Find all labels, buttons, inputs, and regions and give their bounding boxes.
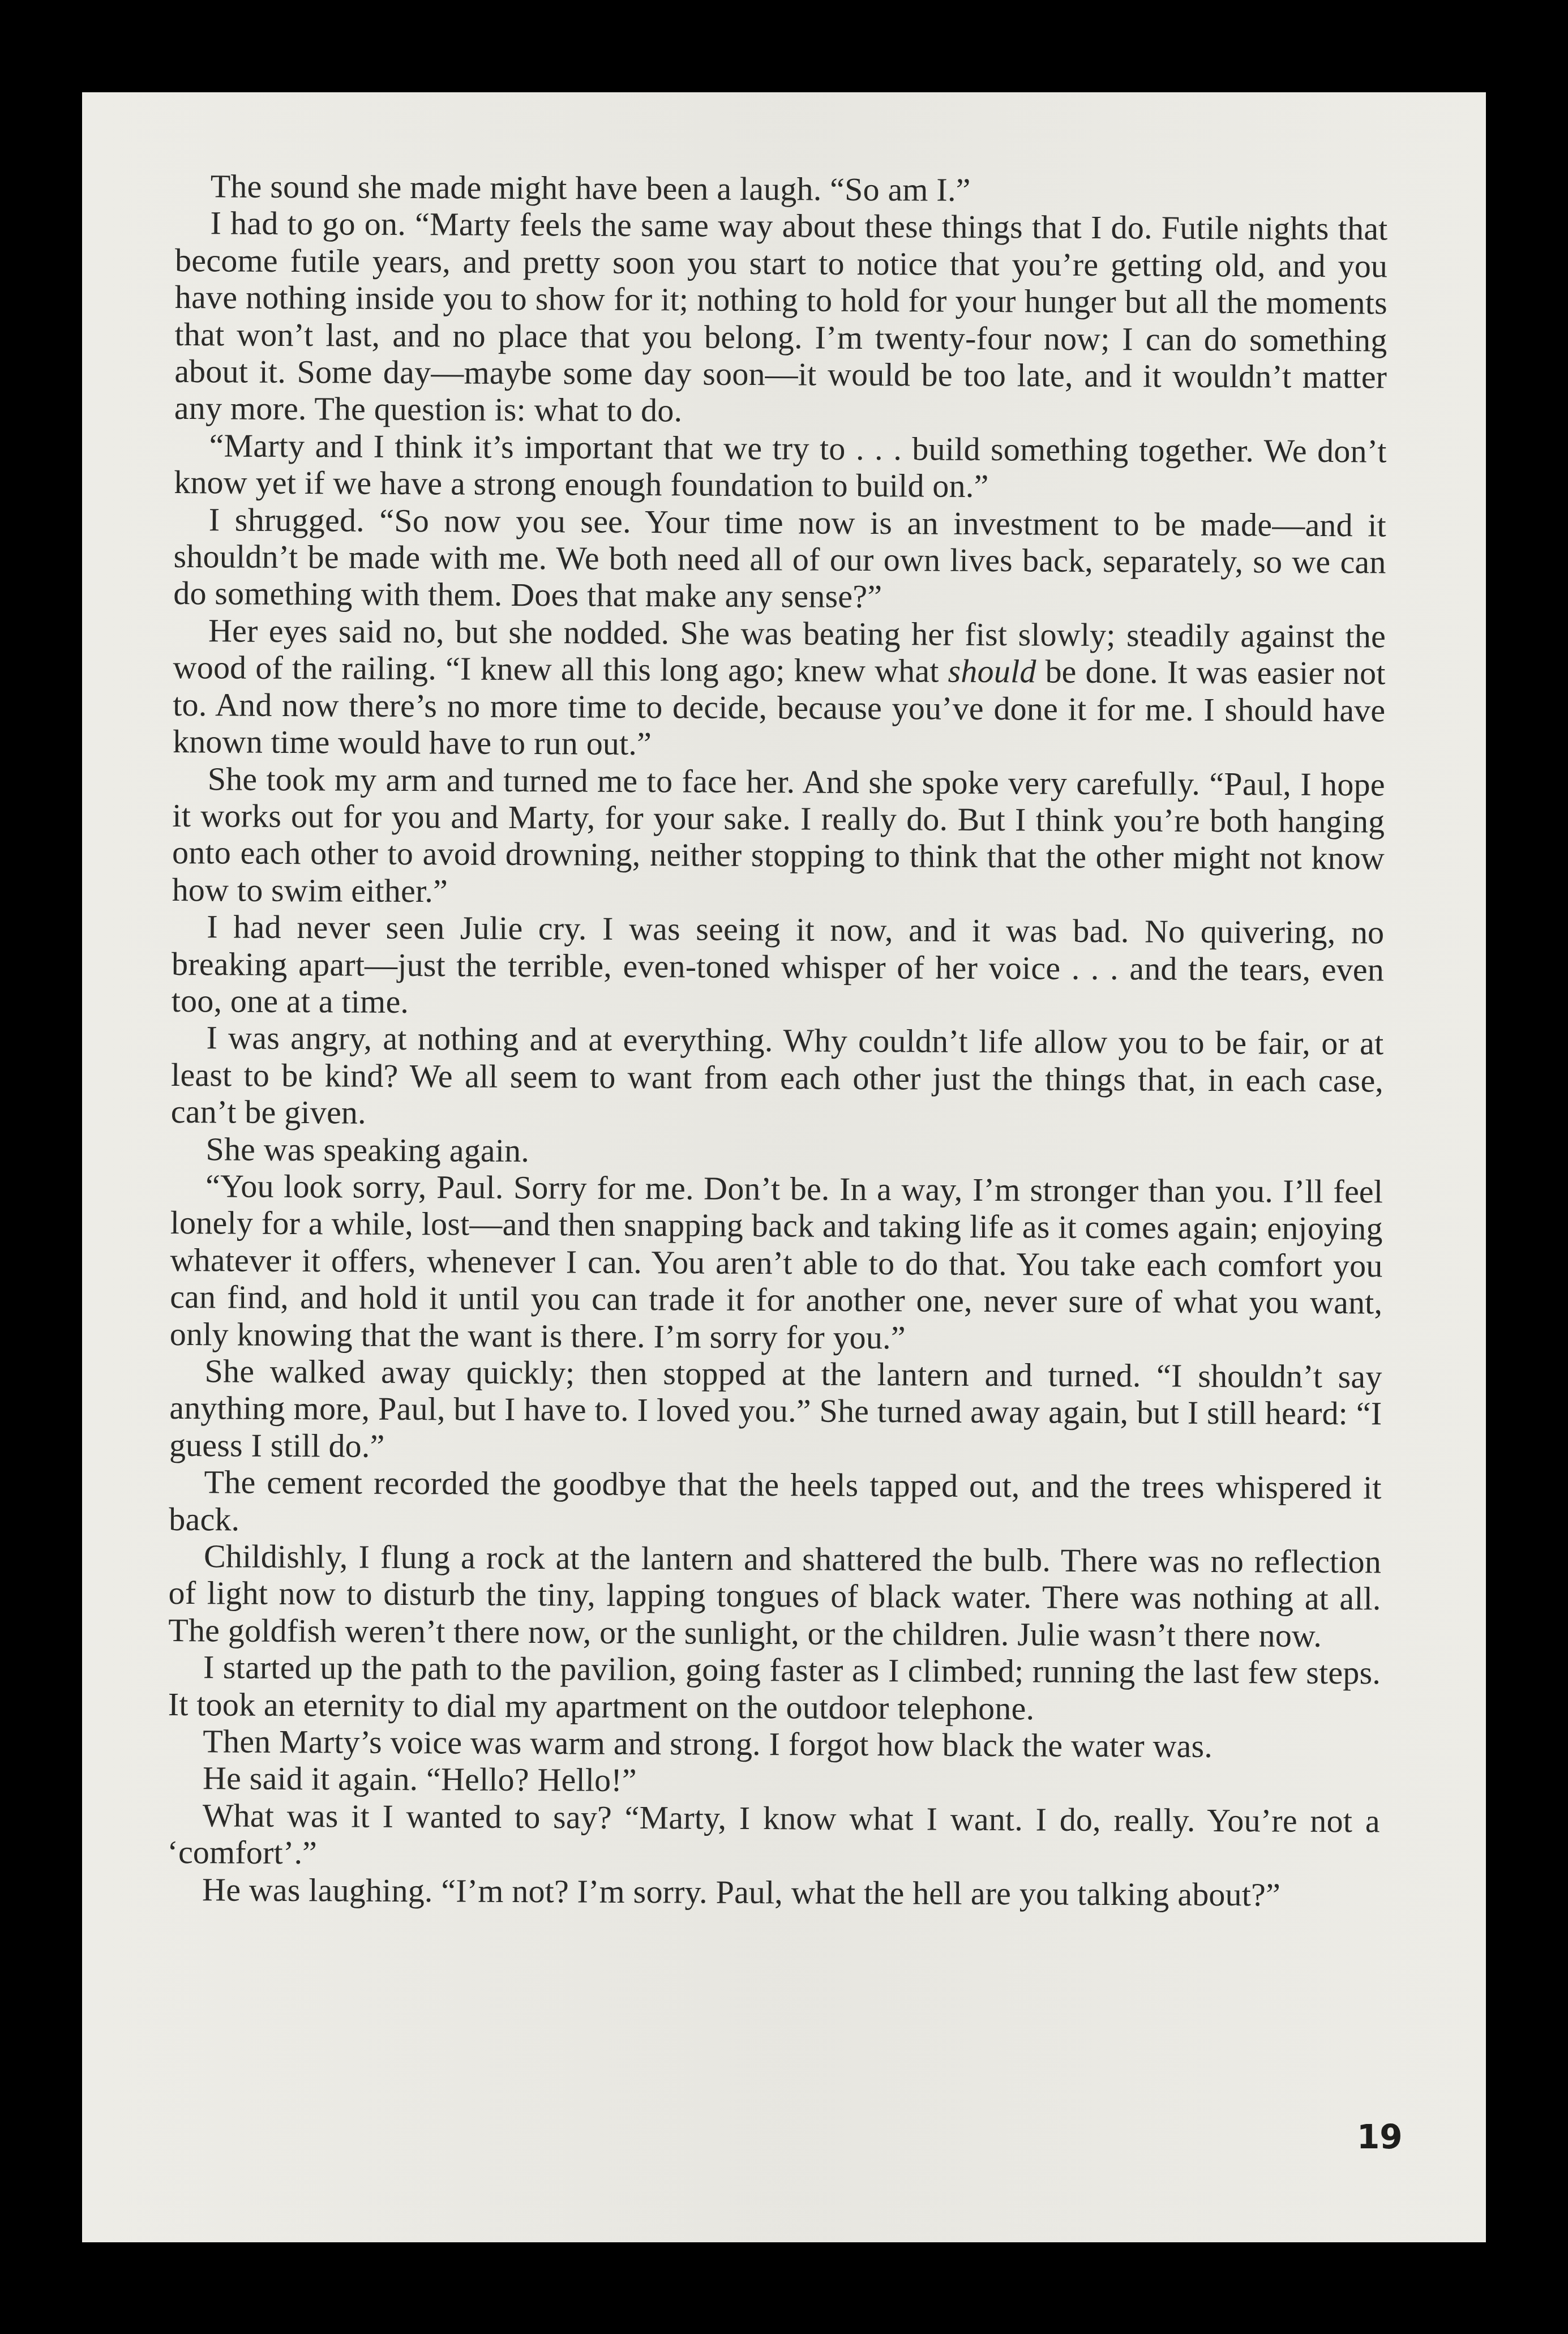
paragraph: “You look sorry, Paul. Sorry for me. Don…	[170, 1167, 1383, 1358]
paragraph: I shrugged. “So now you see. Your time n…	[173, 501, 1386, 618]
paragraph: Her eyes said no, but she nodded. She wa…	[173, 612, 1386, 766]
paragraph: I had to go on. “Marty feels the same wa…	[174, 204, 1388, 432]
paragraph: She took my arm and turned me to face he…	[172, 760, 1385, 914]
paragraph: Childishly, I flung a rock at the lanter…	[168, 1538, 1381, 1655]
paragraph: I started up the path to the pavilion, g…	[168, 1648, 1381, 1728]
paragraph: I was angry, at nothing and at everythin…	[171, 1019, 1384, 1136]
paragraph: The sound she made might have been a lau…	[175, 168, 1388, 211]
paragraph: She was speaking again.	[170, 1130, 1383, 1174]
emphasized-word: should	[948, 653, 1036, 690]
paragraph: “Marty and I think it’s important that w…	[174, 427, 1387, 507]
paragraph: I had never seen Julie cry. I was seeing…	[172, 908, 1385, 1025]
paragraph: She walked away quickly; then stopped at…	[169, 1352, 1382, 1470]
paragraph: The cement recorded the goodbye that the…	[169, 1463, 1382, 1543]
book-page: The sound she made might have been a lau…	[82, 92, 1486, 2242]
paragraph: What was it I wanted to say? “Marty, I k…	[167, 1797, 1380, 1877]
body-text: The sound she made might have been a lau…	[167, 168, 1388, 1914]
paragraph: He was laughing. “I’m not? I’m sorry. Pa…	[167, 1871, 1380, 1914]
paragraph: He said it again. “Hello? Hello!”	[168, 1759, 1380, 1802]
page-number: 19	[1357, 2117, 1403, 2157]
paragraph: Then Marty’s voice was warm and strong. …	[168, 1723, 1380, 1766]
